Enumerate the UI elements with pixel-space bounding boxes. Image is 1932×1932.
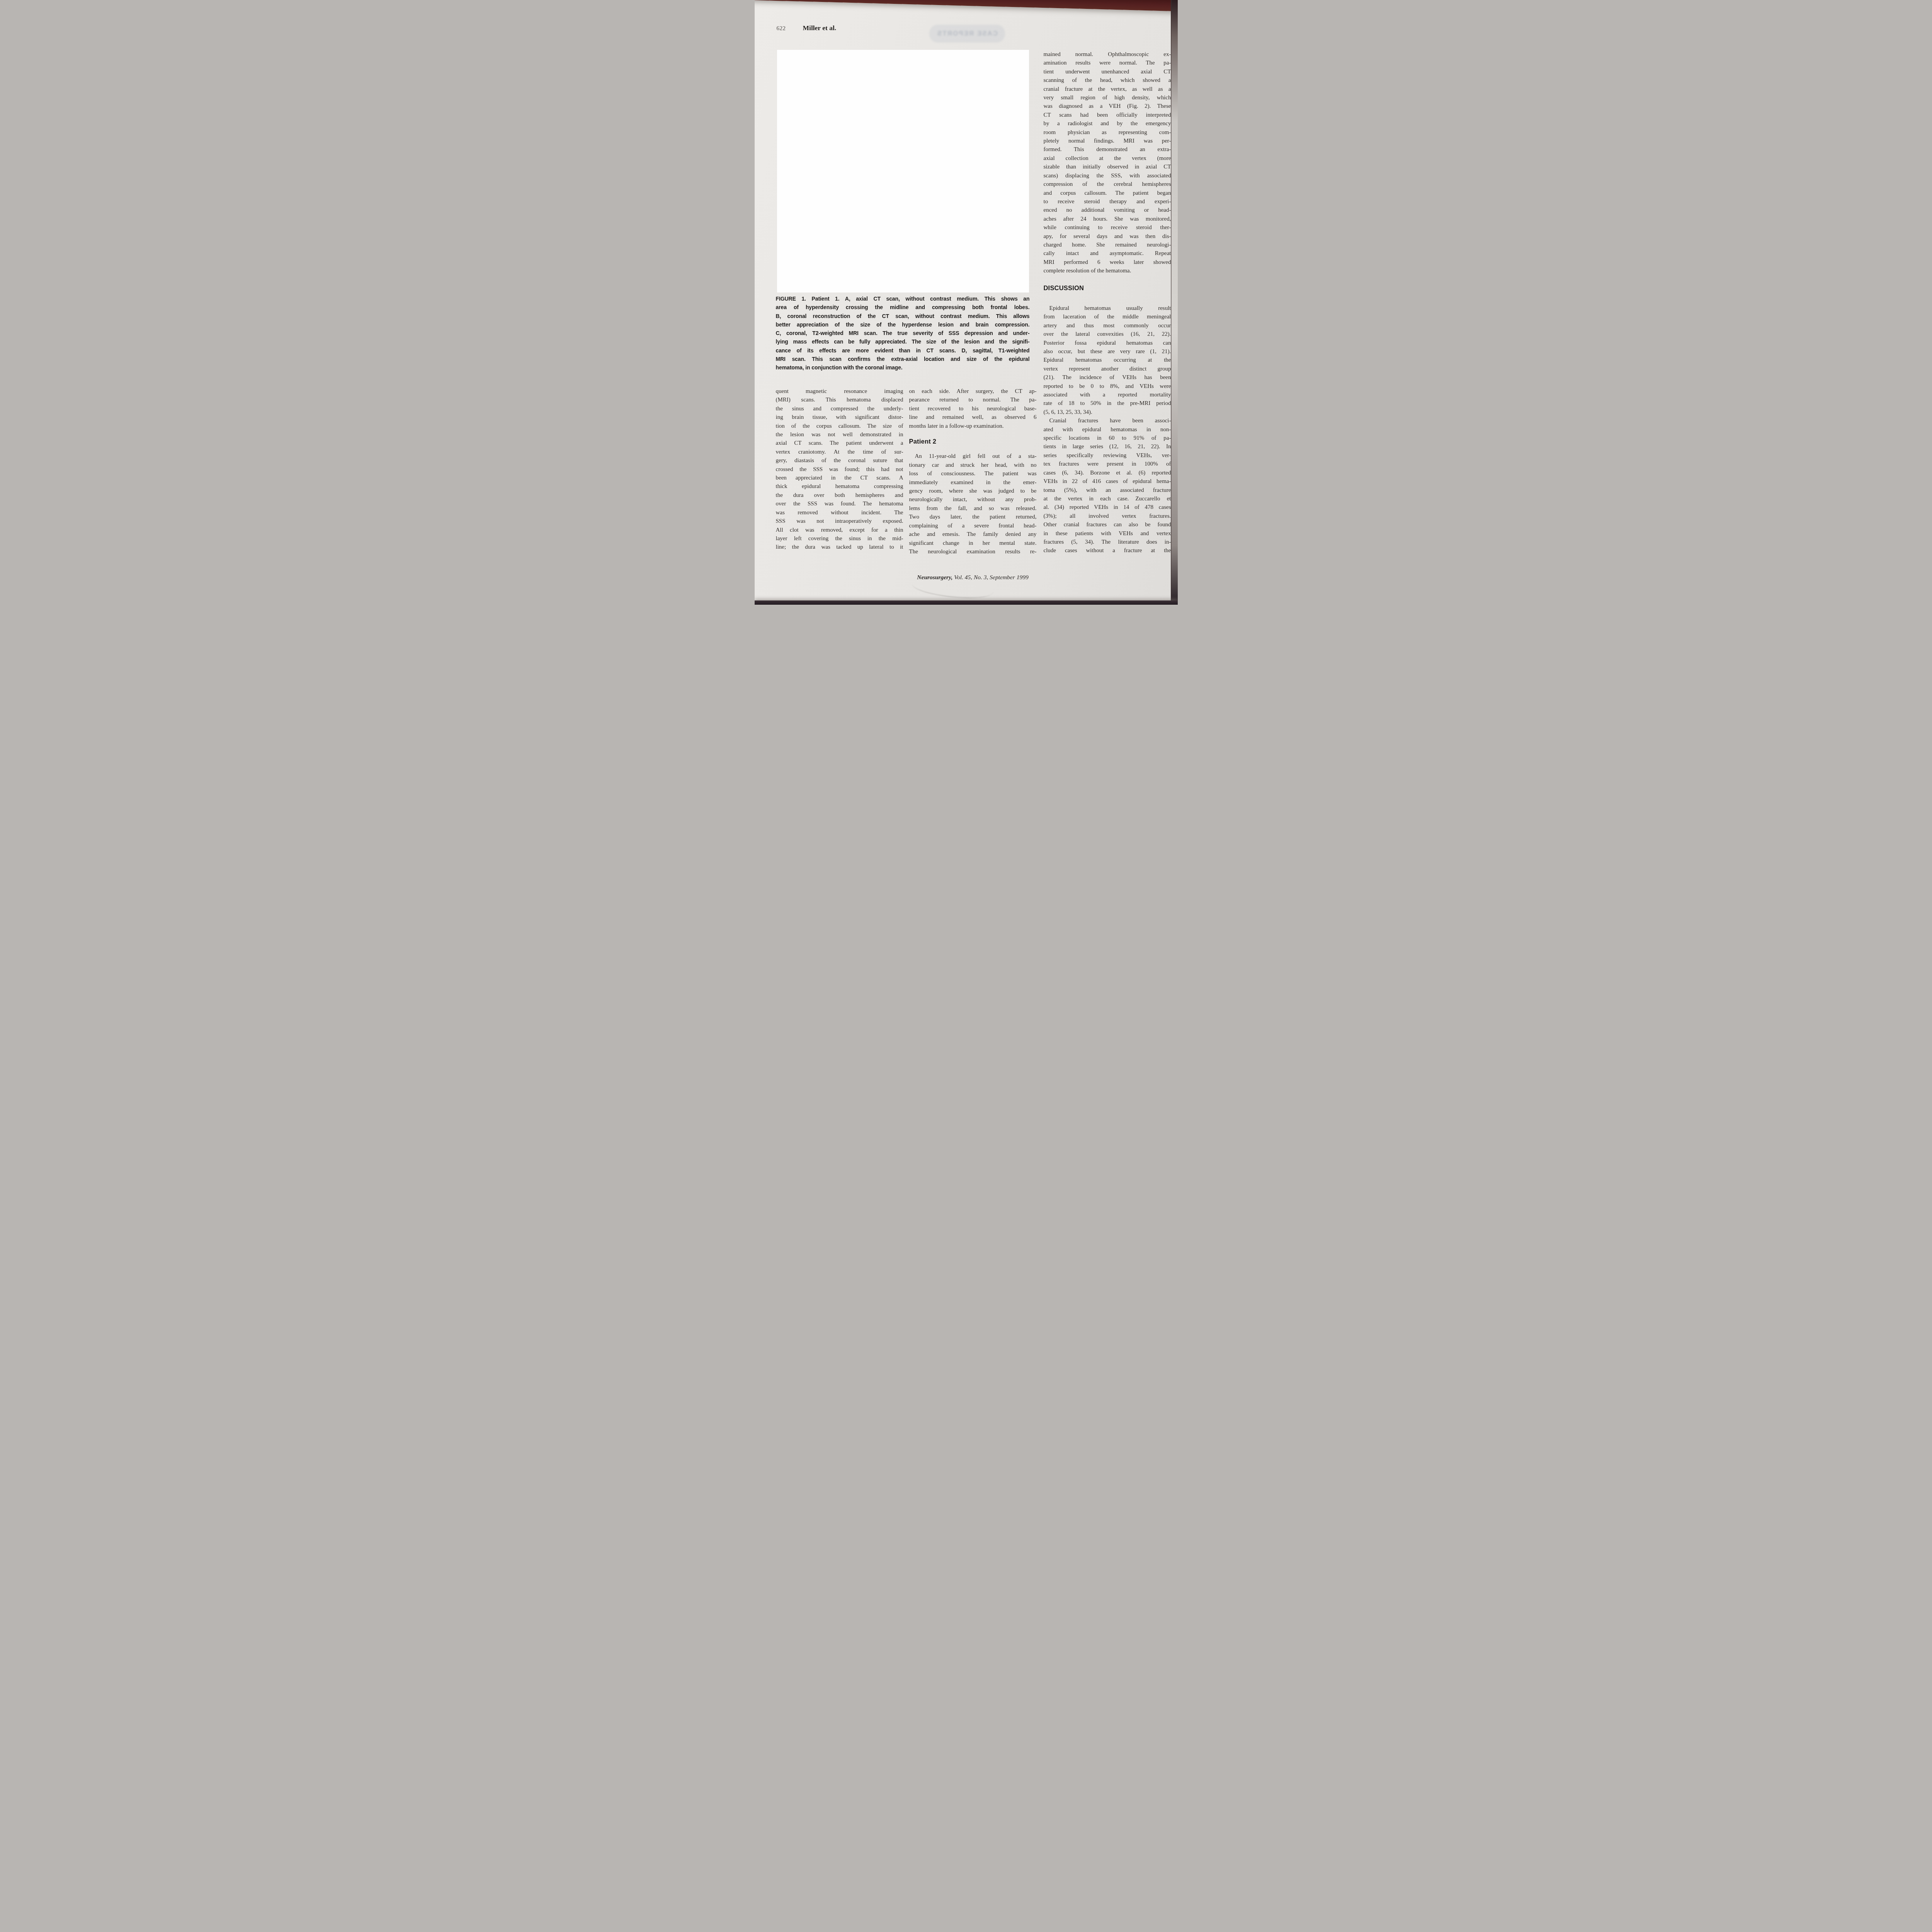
text-line: on each side. After surgery, the CT ap- xyxy=(909,387,1037,396)
journal-name: Neurosurgery, xyxy=(917,574,952,581)
text-line: formed. This demonstrated an extra- xyxy=(1044,145,1171,154)
text-line: pearance returned to normal. The pa- xyxy=(909,396,1037,404)
text-line: toma (5%), with an associated fracture xyxy=(1044,486,1171,495)
text-line: was removed without incident. The xyxy=(776,509,903,517)
text-line: rate of 18 to 50% in the pre-MRI period xyxy=(1044,399,1171,408)
text-line: tex fractures were present in 100% of xyxy=(1044,460,1171,468)
text-line: Other cranial fractures can also be foun… xyxy=(1044,520,1171,529)
text-line: The neurological examination results re- xyxy=(909,548,1037,556)
text-line: scans) displacing the SSS, with associat… xyxy=(1044,172,1171,180)
section-heading-patient-2: Patient 2 xyxy=(909,437,1037,446)
text-line: also occur, but these are very rare (1, … xyxy=(1044,347,1171,356)
text-line: tients in large series (12, 16, 21, 22).… xyxy=(1044,442,1171,451)
text-line: al. (34) reported VEHs in 14 of 478 case… xyxy=(1044,503,1171,512)
text-line: pletely normal findings. MRI was per- xyxy=(1044,137,1171,145)
text-line: at the vertex in each case. Zuccarello e… xyxy=(1044,495,1171,503)
text-line: line and remained well, as observed 6 xyxy=(909,413,1037,422)
text-line: the sinus and compressed the underly- xyxy=(776,405,903,413)
text-line: been appreciated in the CT scans. A xyxy=(776,474,903,482)
text-line: compression of the cerebral hemispheres xyxy=(1044,180,1171,189)
text-line: by a radiologist and by the emergency xyxy=(1044,119,1171,128)
text-line: CT scans had been officially interpreted xyxy=(1044,111,1171,119)
text-line: gency room, where she was judged to be xyxy=(909,487,1037,495)
scanned-journal-page: CASE REPORTS 622 Miller et al. FIGURE 1.… xyxy=(755,0,1178,606)
text-line: vertex represent another distinct group xyxy=(1044,365,1171,373)
text-line: lying mass effects can be fully apprecia… xyxy=(776,337,1030,346)
text-line: loss of consciousness. The patient was xyxy=(909,469,1037,478)
text-line: reported to be 0 to 8%, and VEHs were xyxy=(1044,382,1171,391)
text-line: fractures (5, 34). The literature does i… xyxy=(1044,538,1171,546)
section-heading-discussion: DISCUSSION xyxy=(1044,284,1171,293)
text-line: crossed the SSS was found; this had not xyxy=(776,465,903,474)
text-line: associated with a reported mortality xyxy=(1044,391,1171,399)
text-line: cally intact and asymptomatic. Repeat xyxy=(1044,249,1171,258)
text-line: in these patients with VEHs and vertex xyxy=(1044,529,1171,538)
text-line: MRI scan. This scan confirms the extra-a… xyxy=(776,355,1030,363)
text-line: axial CT scans. The patient underwent a xyxy=(776,439,903,447)
text-line: cranial fracture at the vertex, as well … xyxy=(1044,85,1171,94)
text-line: Epidural hematomas occurring at the xyxy=(1044,356,1171,364)
text-line: to receive steroid therapy and experi- xyxy=(1044,197,1171,206)
text-line: area of hyperdensity crossing the midlin… xyxy=(776,303,1030,311)
paragraph: quent magnetic resonance imaging(MRI) sc… xyxy=(776,387,903,552)
text-line: layer left covering the sinus in the mid… xyxy=(776,534,903,543)
text-line: (21). The incidence of VEHs has been xyxy=(1044,373,1171,382)
text-line: line; the dura was tacked up lateral to … xyxy=(776,543,903,551)
bleed-through-text: CASE REPORTS xyxy=(936,30,997,37)
text-line: series specifically reviewing VEHs, ver- xyxy=(1044,451,1171,460)
text-line: while continuing to receive steroid ther… xyxy=(1044,223,1171,232)
text-line: All clot was removed, except for a thin xyxy=(776,526,903,534)
text-line: thick epidural hematoma compressing xyxy=(776,482,903,491)
bleed-through-banner: CASE REPORTS xyxy=(929,25,1005,43)
page-number: 622 xyxy=(777,26,786,32)
text-line: Two days later, the patient returned, xyxy=(909,513,1037,521)
page-right-edge xyxy=(1171,0,1178,606)
text-line: (3%); all involved vertex fractures. xyxy=(1044,512,1171,520)
text-line: vertex craniotomy. At the time of sur- xyxy=(776,448,903,456)
text-line: apy, for several days and was then dis- xyxy=(1044,232,1171,241)
text-line: the lesion was not well demonstrated in xyxy=(776,430,903,439)
text-line: Posterior fossa epidural hematomas can xyxy=(1044,339,1171,347)
figure-1-image-placeholder xyxy=(777,50,1029,293)
text-line: from laceration of the middle meningeal xyxy=(1044,313,1171,321)
text-line: aches after 24 hours. She was monitored, xyxy=(1044,215,1171,223)
text-line: tient underwent unenhanced axial CT xyxy=(1044,68,1171,76)
text-line: An 11-year-old girl fell out of a sta- xyxy=(909,452,1037,461)
text-line: and corpus callosum. The patient began xyxy=(1044,189,1171,197)
journal-issue: Vol. 45, No. 3, September 1999 xyxy=(952,574,1028,581)
text-line: cases (6, 34). Borzone et al. (6) report… xyxy=(1044,469,1171,477)
scan-bottom-strip xyxy=(755,605,1178,606)
text-line: complete resolution of the hematoma. xyxy=(1044,267,1171,275)
text-line: ated with epidural hematomas in non- xyxy=(1044,425,1171,434)
text-line: axial collection at the vertex (more xyxy=(1044,154,1171,163)
text-line: MRI performed 6 weeks later showed xyxy=(1044,258,1171,267)
text-line: ache and emesis. The family denied any xyxy=(909,530,1037,539)
text-line: B, coronal reconstruction of the CT scan… xyxy=(776,312,1030,320)
text-line: ing brain tissue, with significant disto… xyxy=(776,413,903,422)
column-middle: on each side. After surgery, the CT ap-p… xyxy=(909,387,1037,556)
text-line: FIGURE 1. Patient 1. A, axial CT scan, w… xyxy=(776,294,1030,303)
text-line: complaining of a severe frontal head- xyxy=(909,522,1037,530)
text-line: artery and thus most commonly occur xyxy=(1044,321,1171,330)
text-line: (MRI) scans. This hematoma displaced xyxy=(776,396,903,404)
text-line: over the SSS was found. The hematoma xyxy=(776,500,903,508)
text-line: enced no additional vomiting or head- xyxy=(1044,206,1171,214)
text-line: lems from the fall, and so was released. xyxy=(909,504,1037,513)
text-line: very small region of high density, which xyxy=(1044,94,1171,102)
text-line: tion of the corpus callosum. The size of xyxy=(776,422,903,430)
running-head: Miller et al. xyxy=(803,24,837,32)
text-line: Epidural hematomas usually result xyxy=(1044,304,1171,313)
text-line: room physician as representing com- xyxy=(1044,128,1171,137)
text-line: SSS was not intraoperatively exposed. xyxy=(776,517,903,526)
text-line: tionary car and struck her head, with no xyxy=(909,461,1037,469)
text-line: mained normal. Ophthalmoscopic ex- xyxy=(1044,50,1171,59)
text-line: specific locations in 60 to 91% of pa- xyxy=(1044,434,1171,442)
text-line: Cranial fractures have been associ- xyxy=(1044,417,1171,425)
text-line: (5, 6, 13, 25, 33, 34). xyxy=(1044,408,1171,417)
text-line: scanning of the head, which showed a xyxy=(1044,76,1171,85)
book-spine-top-edge xyxy=(755,0,1178,13)
journal-footer: Neurosurgery, Vol. 45, No. 3, September … xyxy=(776,574,1170,581)
text-line: charged home. She remained neurologi- xyxy=(1044,241,1171,249)
book-spine-bottom-edge xyxy=(755,600,1178,605)
paragraph: mained normal. Ophthalmoscopic ex-aminat… xyxy=(1044,50,1171,276)
text-line: neurologically intact, without any prob- xyxy=(909,495,1037,504)
text-line: cance of its effects are more evident th… xyxy=(776,346,1030,355)
column-left: quent magnetic resonance imaging(MRI) sc… xyxy=(776,387,903,552)
text-line: the dura over both hemispheres and xyxy=(776,491,903,500)
text-line: months later in a follow-up examination. xyxy=(909,422,1037,430)
text-line: hematoma, in conjunction with the corona… xyxy=(776,363,1030,372)
text-line: over the lateral convexities (16, 21, 22… xyxy=(1044,330,1171,338)
text-line: clude cases without a fracture at the xyxy=(1044,546,1171,555)
text-line: quent magnetic resonance imaging xyxy=(776,387,903,396)
text-line: immediately examined in the emer- xyxy=(909,478,1037,487)
text-line: VEHs in 22 of 416 cases of epidural hema… xyxy=(1044,477,1171,486)
text-line: better appreciation of the size of the h… xyxy=(776,320,1030,329)
paragraph: Cranial fractures have been associ-ated … xyxy=(1044,417,1171,555)
figure-caption: FIGURE 1. Patient 1. A, axial CT scan, w… xyxy=(776,294,1030,372)
text-line: amination results were normal. The pa- xyxy=(1044,59,1171,67)
paragraph: on each side. After surgery, the CT ap-p… xyxy=(909,387,1037,430)
page-header: 622 Miller et al. xyxy=(777,24,837,32)
column-right: mained normal. Ophthalmoscopic ex-aminat… xyxy=(1044,50,1171,555)
text-line: was diagnosed as a VEH (Fig. 2). These xyxy=(1044,102,1171,111)
text-line: gery, diastasis of the coronal suture th… xyxy=(776,456,903,465)
text-line: C, coronal, T2-weighted MRI scan. The tr… xyxy=(776,329,1030,337)
text-line: tient recovered to his neurological base… xyxy=(909,405,1037,413)
text-line: significant change in her mental state. xyxy=(909,539,1037,548)
text-line: sizable than initially observed in axial… xyxy=(1044,163,1171,171)
paragraph: Epidural hematomas usually resultfrom la… xyxy=(1044,304,1171,417)
paragraph: An 11-year-old girl fell out of a sta-ti… xyxy=(909,452,1037,556)
